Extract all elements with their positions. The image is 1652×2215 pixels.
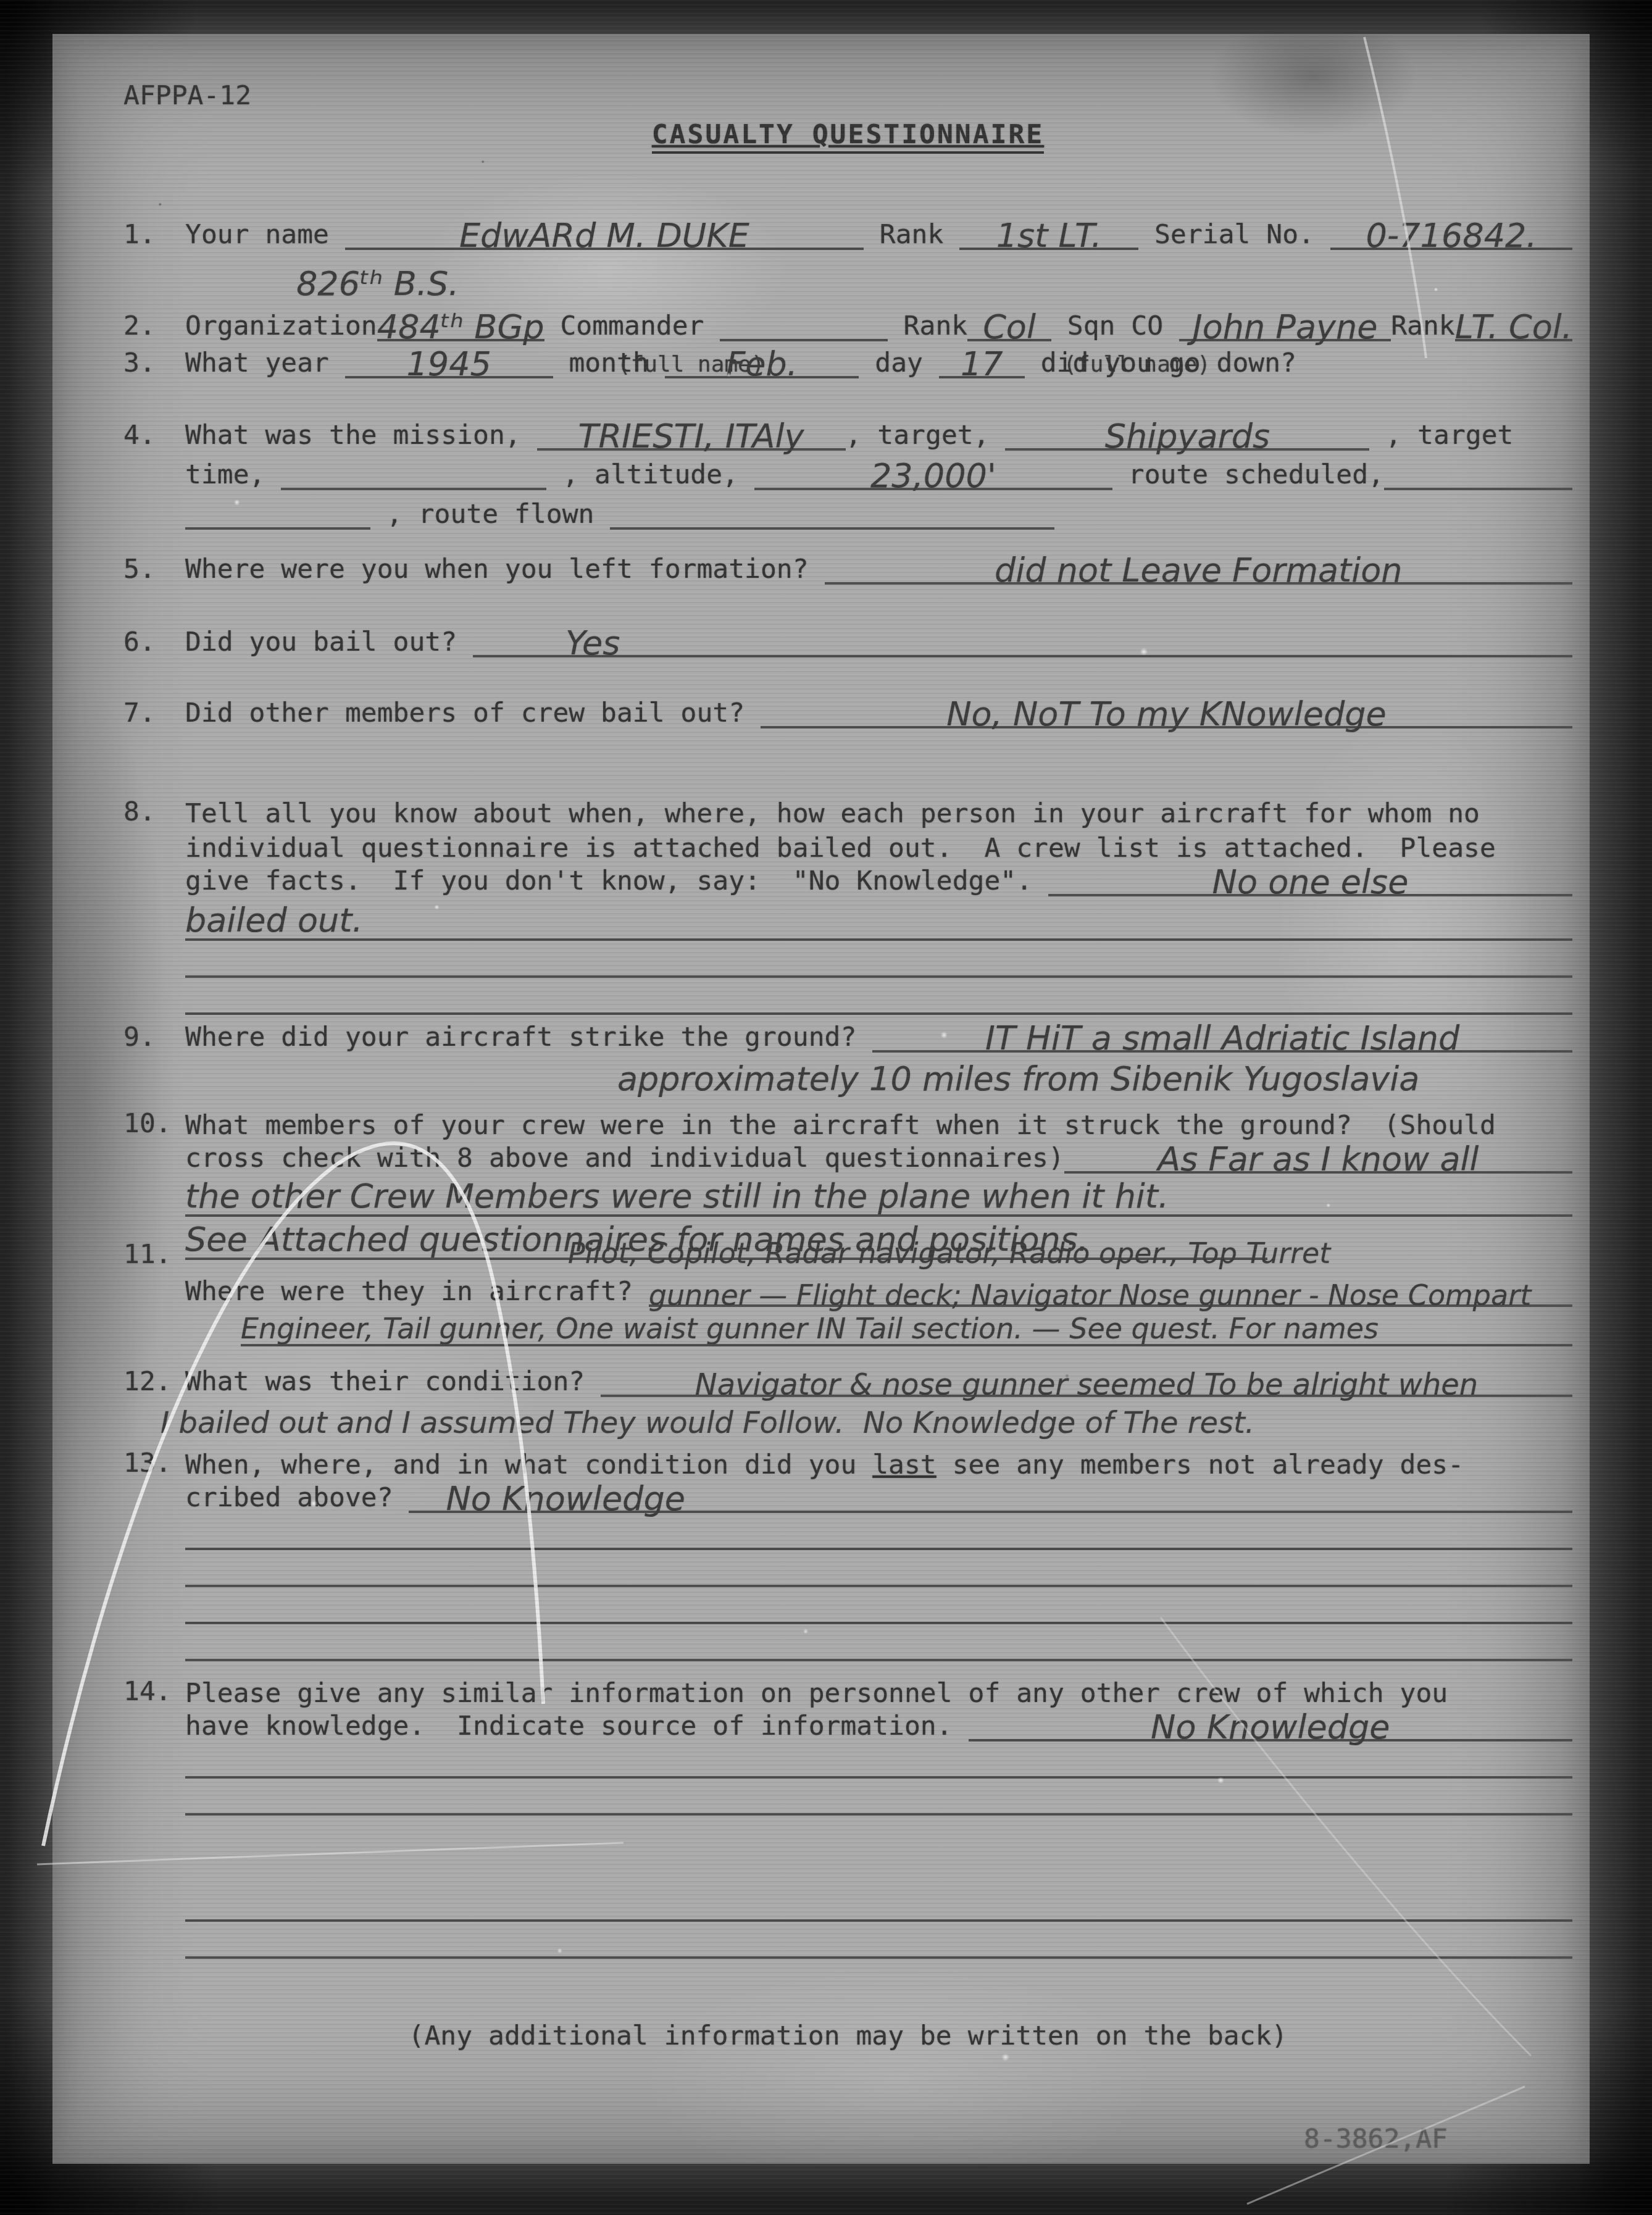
label-left-formation: Where were you when you left formation? [185, 554, 825, 585]
left-formation-value: did not Leave Formation [995, 554, 1403, 587]
label-target: , target, [846, 420, 1006, 451]
altitude-row: time, , altitude, 23,000' route schedule… [185, 459, 1572, 490]
commander-rank-value: Col [983, 311, 1036, 344]
question-8-answer-row: give facts. If you don't know, say: "No … [185, 866, 1572, 896]
question-number: 8. [123, 796, 185, 827]
label-rank: Rank [888, 311, 967, 341]
label-organization: Organization [185, 311, 377, 341]
question-4-body: What was the mission, TRIESTI, ITAly , t… [185, 420, 1572, 530]
question-number: 10. [123, 1108, 185, 1139]
crew-bail-out-field: No, NoT To my KNowledge [761, 698, 1572, 728]
question-8-line-2: individual questionnaire is attached bai… [185, 831, 1572, 866]
route-flown-field [610, 520, 1054, 530]
label-serial-no: Serial No. [1138, 219, 1330, 250]
label-strike-ground: Where did your aircraft strike the groun… [185, 1022, 872, 1053]
target-value: Shipyards [1105, 420, 1270, 453]
organization-value: 484ᵗʰ BGp [377, 311, 544, 344]
question-5: 5. Where were you when you left formatio… [123, 554, 1572, 585]
question-12-answer-row: What was their condition? Navigator & no… [185, 1366, 1572, 1397]
label-altitude: , altitude, [546, 459, 754, 490]
paper-sheet: AFPPA-12 CASUALTY QUESTIONNAIRE 1. Your … [52, 34, 1590, 2164]
label-crew-bail-out: Did other members of crew bail out? [185, 698, 761, 728]
form-number: AFPPA-12 [123, 80, 1572, 111]
label-where-in-aircraft: Where were they in aircraft? [185, 1276, 649, 1307]
question-10-line-1: What members of your crew were in the ai… [185, 1108, 1572, 1143]
question-10-value-2: the other Crew Members were still in the… [185, 1177, 1169, 1216]
question-10-value-2-line: the other Crew Members were still in the… [185, 1180, 1572, 1217]
question-11: 11. Pilot, Copilot, Radar navigator, Rad… [123, 1239, 1572, 1346]
footer-note: (Any additional information may be writt… [123, 2021, 1572, 2051]
question-9-answer-row: Where did your aircraft strike the groun… [185, 1022, 1572, 1053]
question-5-row: Where were you when you left formation? … [185, 554, 1572, 585]
day-value: 17 [961, 348, 1003, 381]
year-field: 1945 [345, 348, 553, 378]
question-13-underlined-word: last [872, 1450, 937, 1480]
question-9-value-2-wrap: approximately 10 miles from Sibenik Yugo… [185, 1062, 1572, 1096]
question-11-field: gunner — Flight deck; Navigator Nose gun… [649, 1281, 1572, 1307]
question-8-line-3: give facts. If you don't know, say: "No … [185, 866, 1048, 896]
question-13-answer-row: cribed above? No Knowledge [185, 1482, 1572, 1513]
name-value: EdwARd M. DUKE [459, 219, 749, 252]
label-what-year: What year [185, 348, 345, 378]
label-month: month [553, 348, 665, 378]
question-11-annotation: Pilot, Copilot, Radar navigator, Radio o… [568, 1237, 1330, 1270]
time-field [281, 480, 546, 490]
question-6-row: Did you bail out? Yes [185, 627, 1572, 657]
title-wrap: CASUALTY QUESTIONNAIRE [123, 119, 1572, 150]
commander-rank-field: Col [967, 311, 1051, 341]
mission-field: TRIESTI, ITAly [537, 420, 846, 451]
question-10-value-1: As Far as I know all [1158, 1143, 1479, 1176]
blank-line [185, 941, 1572, 978]
question-7: 7. Did other members of crew bail out? N… [123, 698, 1572, 728]
strike-ground-field: IT HiT a small Adriatic Island [872, 1022, 1572, 1053]
day-field: 17 [939, 348, 1025, 378]
question-14-body: Please give any similar information on p… [185, 1676, 1572, 1959]
question-8-value-2: bailed out. [185, 901, 363, 940]
question-11-value-2-line: Engineer, Tail gunner, One waist gunner … [241, 1314, 1572, 1346]
rank-value: 1st LT. [996, 219, 1102, 252]
question-2: 2. Organization 484ᵗʰ BGp Commander Rank… [123, 311, 1572, 341]
question-12-value-2: I bailed out and I assumed They would Fo… [161, 1406, 1254, 1440]
question-number: 5. [123, 554, 185, 585]
blank-line [185, 1587, 1572, 1624]
question-7-row: Did other members of crew bail out? No, … [185, 698, 1572, 728]
question-13-line-1-post: see any members not already des- [937, 1450, 1464, 1480]
question-11-body: Pilot, Copilot, Radar navigator, Radio o… [185, 1239, 1572, 1346]
bail-out-field: Yes [473, 627, 1572, 657]
blank-line [185, 978, 1572, 1015]
organization-field: 484ᵗʰ BGp [377, 311, 544, 341]
label-did-you-go-down: did you go down? [1025, 348, 1296, 378]
label-route-scheduled: route scheduled, [1112, 459, 1384, 490]
strike-ground-value-1: IT HiT a small Adriatic Island [985, 1022, 1459, 1055]
serial-field: 0-716842. [1330, 219, 1572, 250]
question-13-field: No Knowledge [409, 1482, 1572, 1513]
year-value: 1945 [406, 348, 491, 381]
scan-background: AFPPA-12 CASUALTY QUESTIONNAIRE 1. Your … [0, 0, 1652, 2215]
question-number: 9. [123, 1022, 185, 1053]
label-route-flown: , route flown [370, 499, 610, 530]
question-12-body: What was their condition? Navigator & no… [185, 1366, 1572, 1438]
question-13-line-2: cribed above? [185, 1482, 409, 1513]
question-9-body: Where did your aircraft strike the groun… [185, 1022, 1572, 1096]
question-13-line-1-pre: When, where, and in what condition did y… [185, 1450, 872, 1480]
question-13-value: No Knowledge [446, 1482, 685, 1516]
question-10-answer-row: cross check with 8 above and individual … [185, 1143, 1572, 1174]
question-number: 11. [123, 1239, 185, 1270]
question-1-row: Your name EdwARd M. DUKE Rank 1st LT. Se… [185, 219, 1572, 250]
question-12-value-2-wrap: I bailed out and I assumed They would Fo… [161, 1408, 1572, 1438]
question-8-field: No one else [1048, 866, 1572, 896]
question-11-annotation-wrap: Pilot, Copilot, Radar navigator, Radio o… [185, 1239, 1572, 1267]
question-14-line-2: have knowledge. Indicate source of infor… [185, 1711, 969, 1742]
strike-ground-value-2: approximately 10 miles from Sibenik Yugo… [617, 1059, 1419, 1098]
sqn-co-field: John Payne [1179, 311, 1391, 341]
blank-line [185, 1779, 1572, 1816]
question-8-body: Tell all you know about when, where, how… [185, 796, 1572, 1015]
question-number: 13. [123, 1448, 185, 1479]
question-number: 1. [123, 219, 185, 250]
sqn-co-rank-field: LT. Col. [1455, 311, 1572, 341]
blank-line [185, 1513, 1572, 1550]
question-number: 2. [123, 311, 185, 341]
question-8-value-1: No one else [1212, 866, 1409, 899]
question-11-value-2: Engineer, Tail gunner, One waist gunner … [241, 1312, 1379, 1345]
label-your-name: Your name [185, 219, 345, 250]
question-14-answer-row: have knowledge. Indicate source of infor… [185, 1711, 1572, 1742]
question-11-value-1: gunner — Flight deck; Navigator Nose gun… [649, 1281, 1531, 1309]
question-1: 1. Your name EdwARd M. DUKE Rank 1st LT.… [123, 219, 1572, 250]
page-title: CASUALTY QUESTIONNAIRE [652, 119, 1045, 154]
question-14-line-1: Please give any similar information on p… [185, 1676, 1572, 1711]
question-13-line-1: When, where, and in what condition did y… [185, 1448, 1572, 1482]
question-number: 7. [123, 698, 185, 728]
question-13-body: When, where, and in what condition did y… [185, 1448, 1572, 1661]
question-8-value-2-line: bailed out. [185, 904, 1572, 941]
commander-field [720, 332, 887, 341]
label-target-tail: , target [1369, 420, 1513, 451]
altitude-value: 23,000' [870, 459, 996, 493]
blank-line [185, 1742, 1572, 1779]
mission-row: What was the mission, TRIESTI, ITAly , t… [185, 420, 1572, 451]
blank-line [185, 1624, 1572, 1661]
question-13: 13. When, where, and in what condition d… [123, 1448, 1572, 1661]
label-time: time, [185, 459, 281, 490]
label-sqn-co: Sqn CO [1051, 311, 1179, 341]
label-rank: Rank [864, 219, 959, 250]
crew-bail-out-value: No, NoT To my KNowledge [946, 698, 1387, 731]
squadron-annotation: 826ᵗʰ B.S. [296, 264, 459, 303]
blank-line [185, 1885, 1572, 1922]
question-number: 4. [123, 420, 185, 451]
rank-field: 1st LT. [959, 219, 1138, 250]
squadron-annotation-wrap: 826ᵗʰ B.S. [123, 267, 1572, 301]
route-scheduled-field-2 [185, 520, 370, 530]
question-9: 9. Where did your aircraft strike the gr… [123, 1022, 1572, 1096]
altitude-field: 23,000' [754, 459, 1112, 490]
month-value: Feb. [726, 348, 798, 381]
label-rank-2: Rank [1391, 311, 1455, 341]
left-formation-field: did not Leave Formation [825, 554, 1572, 585]
name-field: EdwARd M. DUKE [345, 219, 864, 250]
serial-value: 0-716842. [1366, 219, 1537, 252]
label-condition: What was their condition? [185, 1366, 601, 1397]
sqn-co-rank-value: LT. Col. [1455, 311, 1572, 344]
question-8-line-1: Tell all you know about when, where, how… [185, 796, 1572, 831]
question-3-row: What year 1945 month Feb. day 17 did you… [185, 348, 1296, 378]
question-10-field: As Far as I know all [1064, 1143, 1572, 1174]
month-field: Feb. [665, 348, 859, 378]
label-commander: Commander [544, 311, 720, 341]
question-14-field: No Knowledge [969, 1711, 1572, 1742]
doc-ref: 8-3862,AF [123, 2124, 1448, 2155]
question-number: 6. [123, 627, 185, 657]
question-number: 14. [123, 1676, 185, 1707]
mission-value: TRIESTI, ITAly [578, 420, 804, 453]
route-flown-row: , route flown [185, 499, 1572, 530]
sqn-co-value: John Payne [1193, 311, 1378, 344]
question-6: 6. Did you bail out? Yes [123, 627, 1572, 657]
target-field: Shipyards [1005, 420, 1369, 451]
question-12: 12. What was their condition? Navigator … [123, 1366, 1572, 1438]
scanned-document-page: { "page": { "form_number": "AFPPA-12", "… [0, 0, 1652, 2215]
question-10-line-2: cross check with 8 above and individual … [185, 1143, 1064, 1174]
question-2-row: Organization 484ᵗʰ BGp Commander Rank Co… [185, 311, 1572, 341]
question-4: 4. What was the mission, TRIESTI, ITAly … [123, 420, 1572, 530]
question-14: 14. Please give any similar information … [123, 1676, 1572, 1959]
question-14-value: No Knowledge [1151, 1711, 1390, 1744]
question-12-field: Navigator & nose gunner seemed To be alr… [601, 1370, 1572, 1397]
label-day: day [859, 348, 938, 378]
question-number: 3. [123, 348, 185, 378]
question-12-value-1: Navigator & nose gunner seemed To be alr… [695, 1370, 1478, 1399]
question-number: 12. [123, 1366, 185, 1397]
blank-line [185, 1922, 1572, 1959]
blank-line [185, 1550, 1572, 1587]
label-mission: What was the mission, [185, 420, 537, 451]
question-3: 3. What year 1945 month Feb. day 17 did … [123, 348, 1572, 378]
question-11-answer-row: Where were they in aircraft? gunner — Fl… [185, 1276, 1572, 1307]
route-scheduled-field [1384, 480, 1572, 490]
question-8: 8. Tell all you know about when, where, … [123, 796, 1572, 1015]
label-bail-out: Did you bail out? [185, 627, 473, 657]
bail-out-value: Yes [565, 627, 620, 660]
